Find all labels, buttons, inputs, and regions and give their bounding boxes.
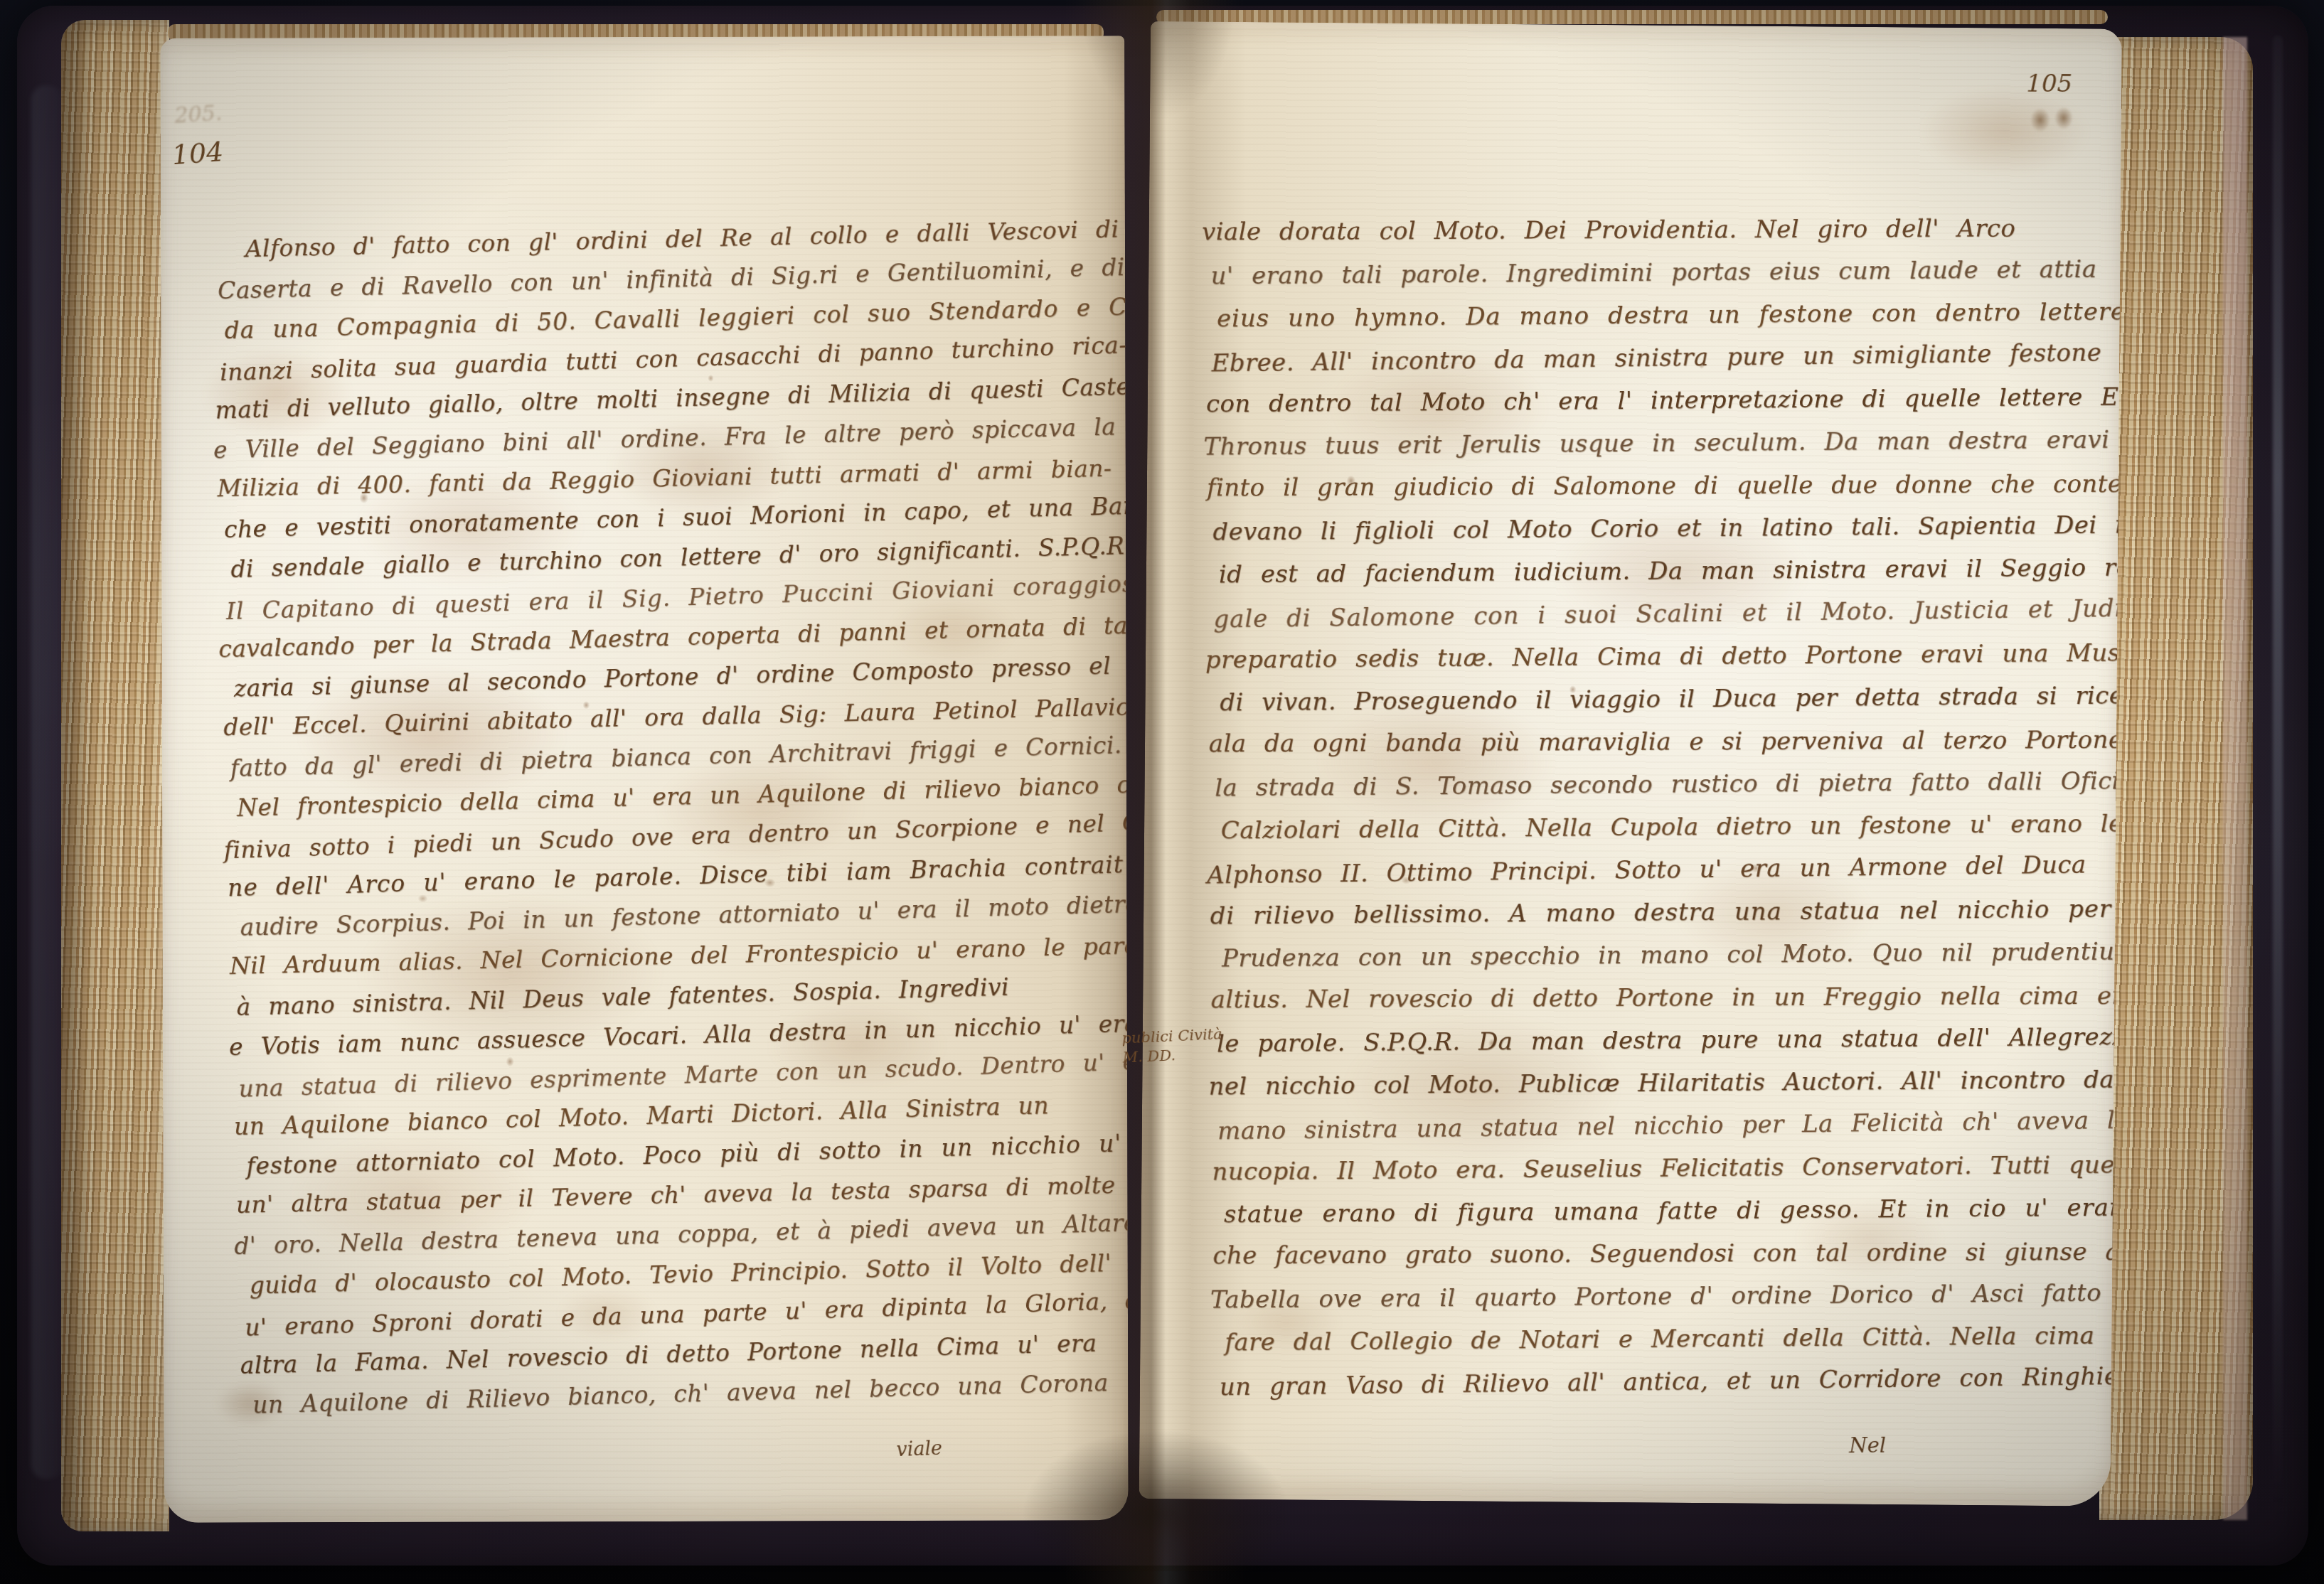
photograph-open-manuscript: 205. 104 Alfonso d' fatto con gl' ordini…: [0, 0, 2324, 1584]
manuscript-line: Tabella ove era il quarto Portone d' ord…: [1210, 1272, 2116, 1322]
manuscript-line: ala da ogni banda più maraviglia e si pe…: [1209, 719, 2112, 766]
manuscript-line: u' erano tali parole. Ingredimini portas…: [1210, 248, 2108, 298]
page-number-left: 104: [171, 136, 225, 171]
manuscript-line: Prudenza con un specchio in mano col Mot…: [1222, 931, 2114, 980]
manuscript-line: un gran Vaso di Rilievo all' antica, et …: [1220, 1355, 2118, 1408]
manuscript-line: di vivan. Proseguendo il viaggio il Duca…: [1220, 675, 2111, 724]
manuscript-line: devano li figlioli col Moto Corio et in …: [1212, 504, 2110, 554]
manuscript-line: Thronus tuus erit Jerulis usque in secul…: [1203, 419, 2109, 469]
manuscript-line: preparatio sedis tuæ. Nella Cima di dett…: [1205, 632, 2111, 682]
manuscript-text-left: Alfonso d' fatto con gl' ordini del Re a…: [210, 208, 1129, 1425]
manuscript-text-right: viale dorata col Moto. Dei Providentia. …: [1205, 205, 2117, 1407]
catchword-right: Nel: [1849, 1433, 1886, 1457]
right-page: 105 viale dorata col Moto. Dei Provident…: [1139, 21, 2122, 1507]
right-page-edge-stack: [2099, 37, 2253, 1520]
manuscript-line: con dentro tal Moto ch' era l' interpret…: [1206, 376, 2109, 426]
manuscript-line: che facevano grato suono. Seguendosi con…: [1212, 1231, 2116, 1278]
ink-blot: [2030, 108, 2050, 132]
marginal-note: publici Cività M. DD.: [1121, 1024, 1237, 1068]
catchword-left: viale: [896, 1438, 943, 1461]
manuscript-line: altius. Nel rovescio di detto Portone in…: [1210, 975, 2114, 1022]
left-page: 205. 104 Alfonso d' fatto con gl' ordini…: [160, 36, 1128, 1523]
endpaper-band: [2223, 37, 2247, 1520]
cover-highlight-right: [2273, 36, 2283, 1507]
ink-blot: [2054, 107, 2073, 129]
faded-page-mark: 205.: [174, 101, 223, 129]
manuscript-line: di rilievo bellissimo. A mano destra una…: [1210, 888, 2113, 938]
manuscript-line: statue erano di figura umana fatte di ge…: [1224, 1187, 2116, 1236]
left-page-edge-stack: [61, 20, 169, 1531]
manuscript-line: viale dorata col Moto. Dei Providentia. …: [1202, 207, 2108, 254]
manuscript-line: la strada di S. Tomaso secondo rustico d…: [1215, 760, 2112, 810]
manuscript-line: le parole. S.P.Q.R. Da man destra pure u…: [1217, 1016, 2114, 1066]
manuscript-line: nucopia. Il Moto era. Seuselius Felicita…: [1212, 1144, 2115, 1194]
page-number-right: 105: [2026, 70, 2072, 99]
cover-highlight-left: [31, 85, 63, 1479]
manuscript-line: finto il gran giudicio di Salomone di qu…: [1207, 463, 2110, 510]
